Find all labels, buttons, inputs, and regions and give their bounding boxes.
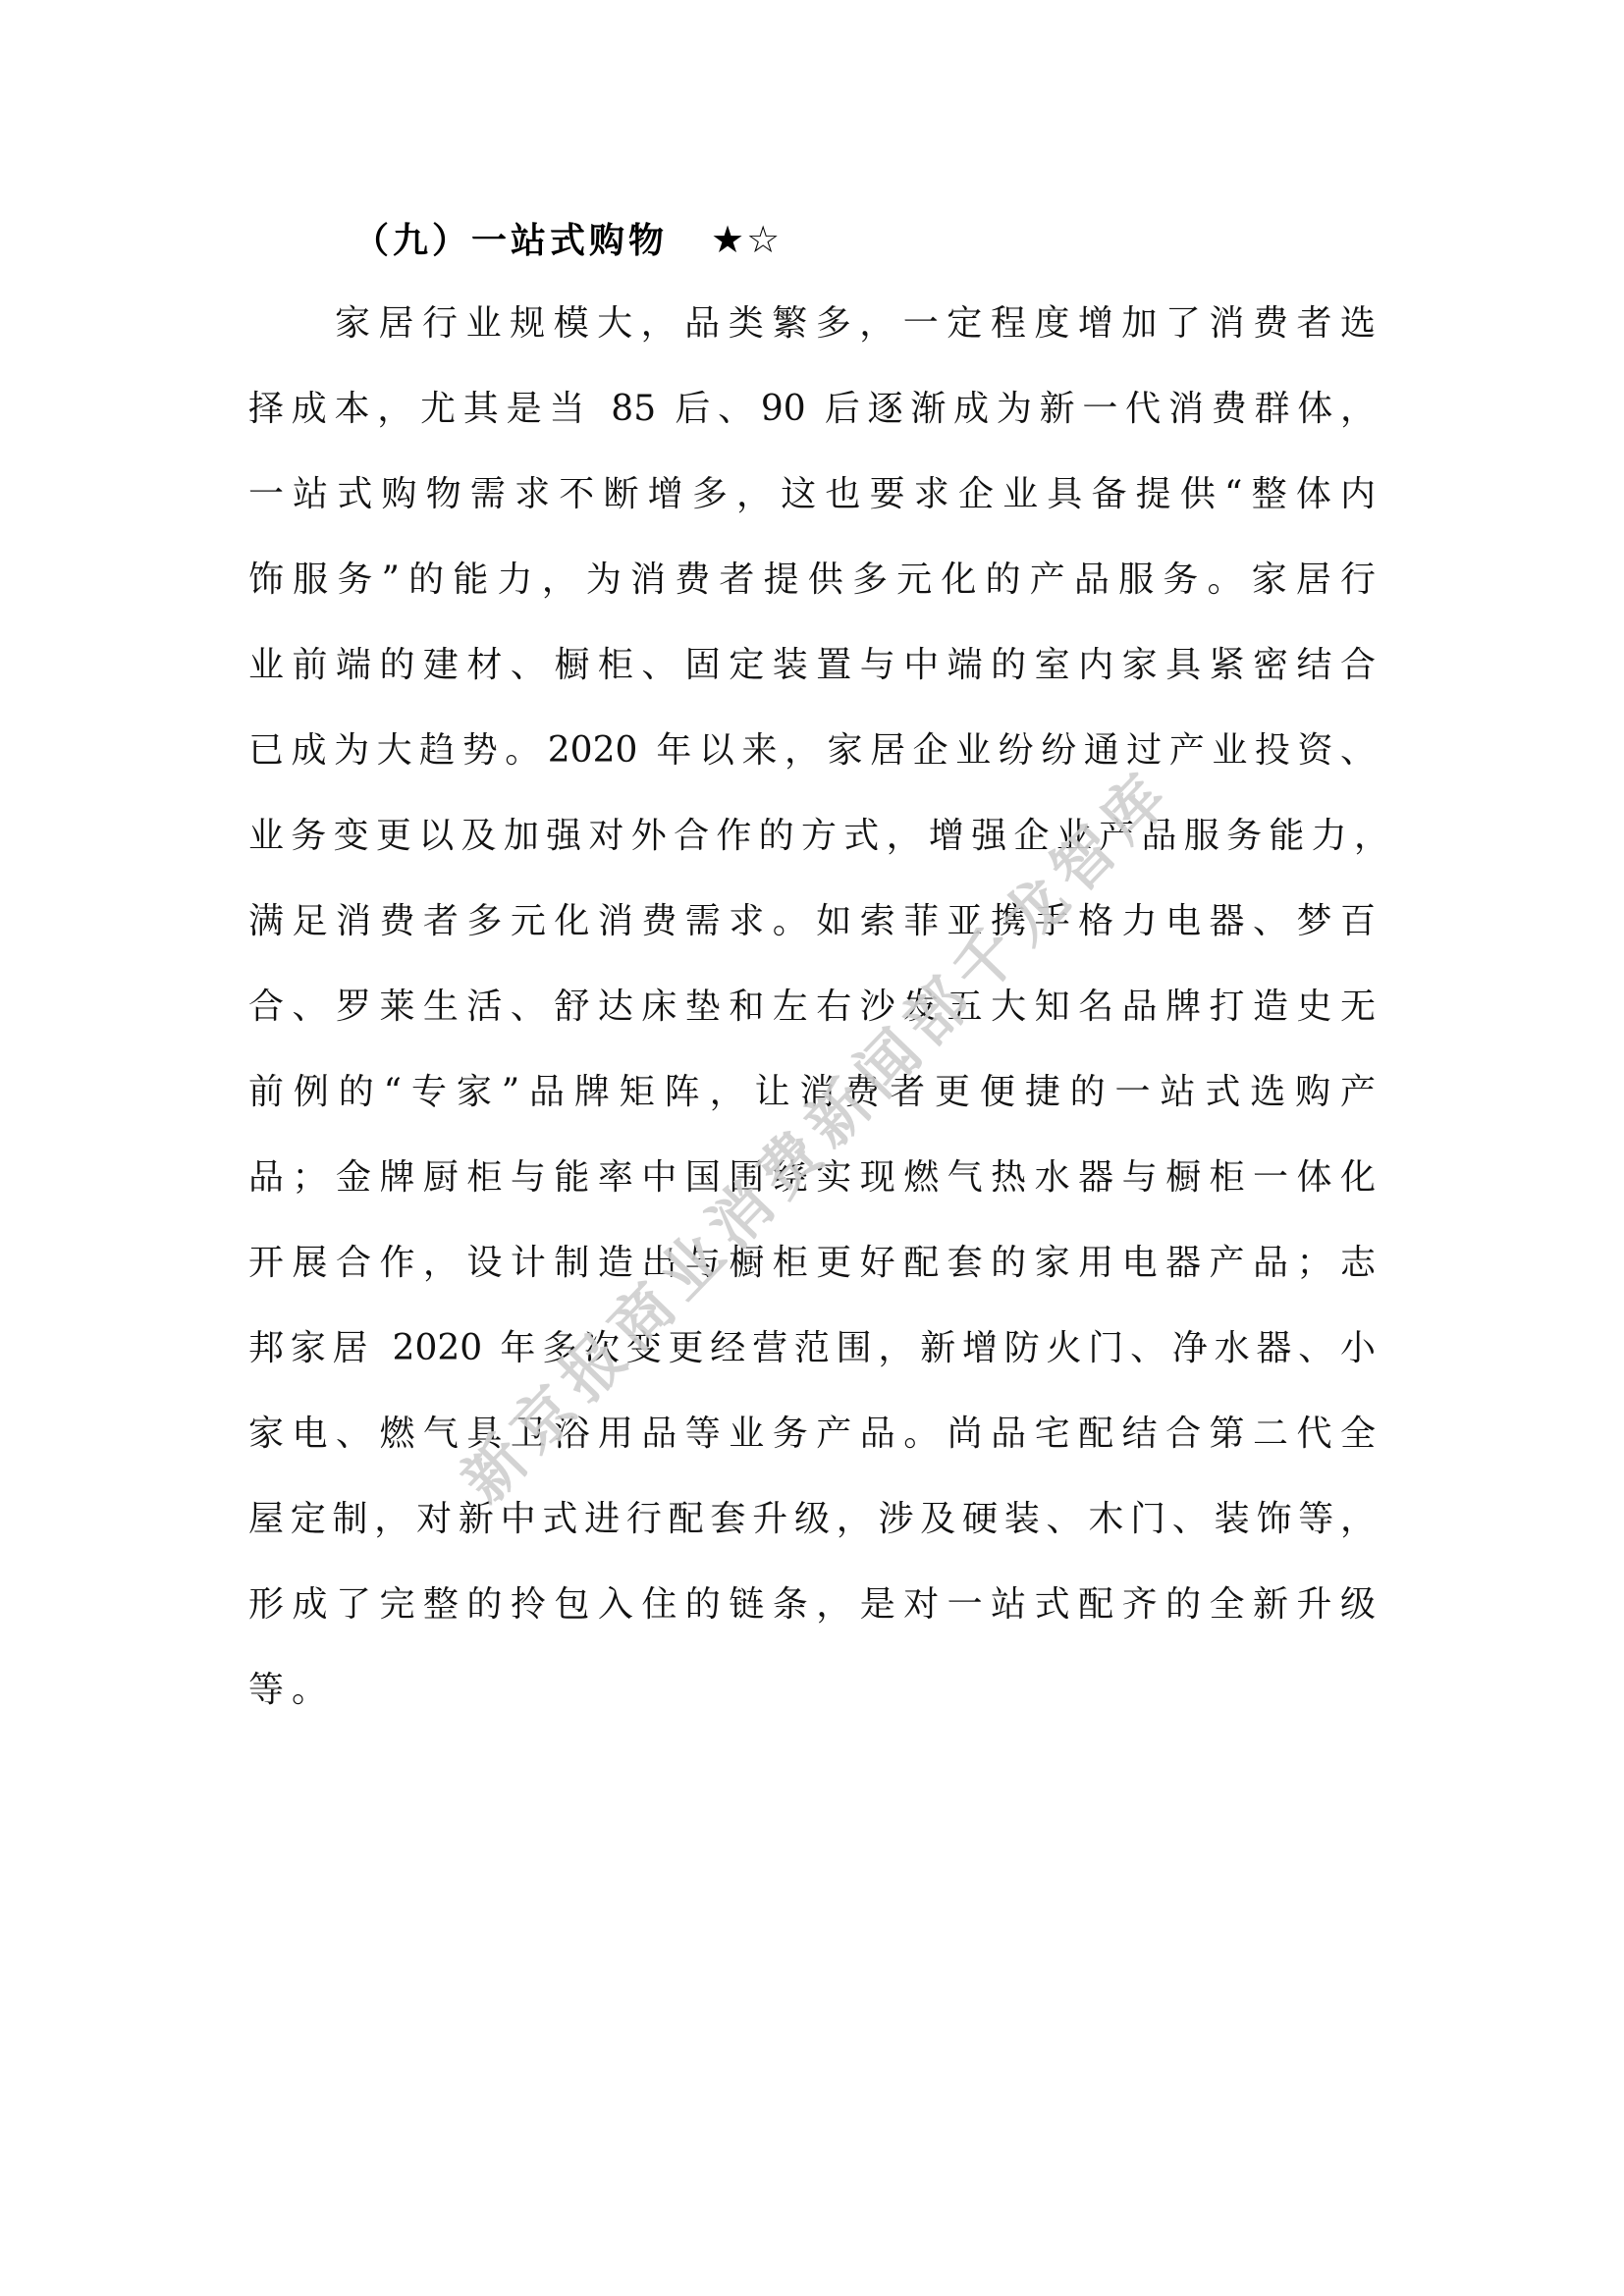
paragraph-line: 家居行业规模大，品类繁多，一定程度增加了消费者选 — [335, 300, 1376, 347]
watermark: 新京报商业消费新闻部千龙智库 — [446, 759, 1184, 1520]
paragraph-line: 一站式购物需求不断增多，这也要求企业具备提供“整体内 — [248, 471, 1376, 518]
paragraph-line: 业务变更以及加强对外合作的方式，增强企业产品服务能力， — [248, 813, 1389, 860]
paragraph-line: 饰服务”的能力，为消费者提供多元化的产品服务。家居行 — [248, 557, 1376, 604]
paragraph-line: 等。 — [248, 1667, 1376, 1714]
paragraph-line: 择成本，尤其是当 85 后、90 后逐渐成为新一代消费群体， — [248, 386, 1376, 433]
document-page: （九）一站式购物★☆ 家居行业规模大，品类繁多，一定程度增加了消费者选 择成本，… — [0, 0, 1624, 2296]
paragraph-line: 家电、燃气具卫浴用品等业务产品。尚品宅配结合第二代全 — [248, 1411, 1376, 1458]
paragraph-line: 业前端的建材、橱柜、固定装置与中端的室内家具紧密结合 — [248, 642, 1376, 689]
paragraph-line: 合、罗莱生活、舒达床垫和左右沙发五大知名品牌打造史无 — [248, 984, 1376, 1031]
paragraph-line: 品；金牌厨柜与能率中国围绕实现燃气热水器与橱柜一体化 — [248, 1154, 1376, 1201]
paragraph-line: 屋定制，对新中式进行配套升级，涉及硬装、木门、装饰等， — [248, 1496, 1376, 1543]
paragraph-line: 邦家居 2020 年多次变更经营范围，新增防火门、净水器、小 — [248, 1325, 1376, 1372]
section-title: （九）一站式购物 — [353, 221, 668, 261]
section-heading: （九）一站式购物★☆ — [353, 216, 782, 263]
paragraph-line: 形成了完整的拎包入住的链条，是对一站式配齐的全新升级 — [248, 1581, 1376, 1629]
paragraph-line: 已成为大趋势。2020 年以来，家居企业纷纷通过产业投资、 — [248, 727, 1376, 774]
paragraph-line: 前例的“专家”品牌矩阵，让消费者更便捷的一站式选购产 — [248, 1069, 1376, 1116]
paragraph-line: 满足消费者多元化消费需求。如索菲亚携手格力电器、梦百 — [248, 898, 1376, 945]
rating-stars-icon: ★☆ — [711, 218, 782, 261]
paragraph-line: 开展合作，设计制造出与橱柜更好配套的家用电器产品；志 — [248, 1240, 1376, 1287]
